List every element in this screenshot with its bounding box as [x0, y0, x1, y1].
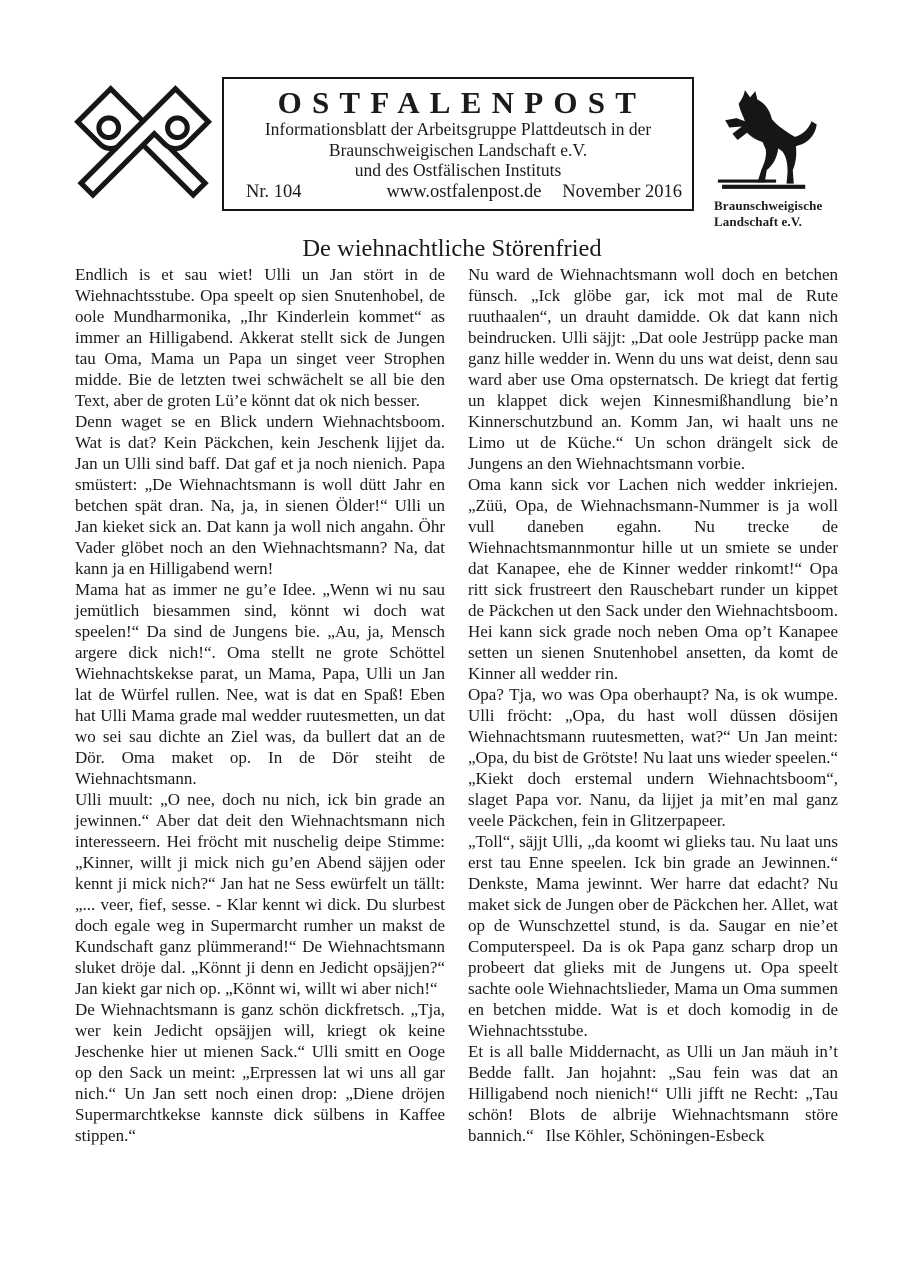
article-columns: Endlich is et sau wiet! Ulli un Jan stör… — [75, 264, 838, 1146]
article-title: De wiehnachtliche Störenfried — [0, 236, 904, 262]
masthead-subtitle-line: Informationsblatt der Arbeitsgruppe Plat… — [224, 119, 692, 140]
issue-number: Nr. 104 — [246, 182, 387, 203]
article-paragraph: De Wiehnachtsmann is ganz schön dickfret… — [75, 999, 445, 1146]
article-paragraph: Denn waget se en Blick undern Wiehnachts… — [75, 411, 445, 579]
article-paragraph: „Toll“, säjjt Ulli, „da koomt wi glieks … — [468, 831, 838, 1041]
crossed-horse-head-gables-icon — [74, 84, 214, 220]
article-paragraph: Ulli muult: „O nee, doch nu nich, ick bi… — [75, 789, 445, 999]
newsletter-title: OSTFALENPOST — [224, 86, 692, 119]
website-url: www.ostfalenpost.de — [387, 182, 542, 203]
article-paragraph: Endlich is et sau wiet! Ulli un Jan stör… — [75, 264, 445, 411]
masthead-info-row: Nr. 104 www.ostfalenpost.de November 201… — [246, 182, 682, 203]
horse-logo-caption-line2: Landschaft e.V. — [714, 214, 840, 230]
masthead-subtitle-line: Braunschweigischen Landschaft e.V. — [224, 140, 692, 161]
article-paragraph: Nu ward de Wiehnachtsmann woll doch en b… — [468, 264, 838, 474]
horse-logo-caption-line1: Braunschweigische — [714, 198, 840, 214]
saxon-steed-logo: Braunschweigische Landschaft e.V. — [714, 88, 840, 229]
article-author: Ilse Köhler, Schöningen-Esbeck — [546, 1126, 765, 1145]
masthead-subtitle-line: und des Ostfälischen Instituts — [224, 160, 692, 181]
saxon-steed-horse-icon — [714, 88, 832, 192]
article-column-right: Nu ward de Wiehnachtsmann woll doch en b… — [468, 264, 838, 1146]
issue-date: November 2016 — [542, 182, 683, 203]
article-paragraph: Opa? Tja, wo was Opa oberhaupt? Na, is o… — [468, 684, 838, 831]
masthead-box: OSTFALENPOST Informationsblatt der Arbei… — [222, 77, 694, 211]
article-paragraph: Mama hat as immer ne gu’e Idee. „Wenn wi… — [75, 579, 445, 789]
newsletter-page: OSTFALENPOST Informationsblatt der Arbei… — [0, 0, 904, 1280]
article-paragraph: Oma kann sick vor Lachen nich wedder ink… — [468, 474, 838, 684]
article-column-left: Endlich is et sau wiet! Ulli un Jan stör… — [75, 264, 445, 1146]
article-paragraph: Et is all balle Middernacht, as Ulli un … — [468, 1041, 838, 1146]
